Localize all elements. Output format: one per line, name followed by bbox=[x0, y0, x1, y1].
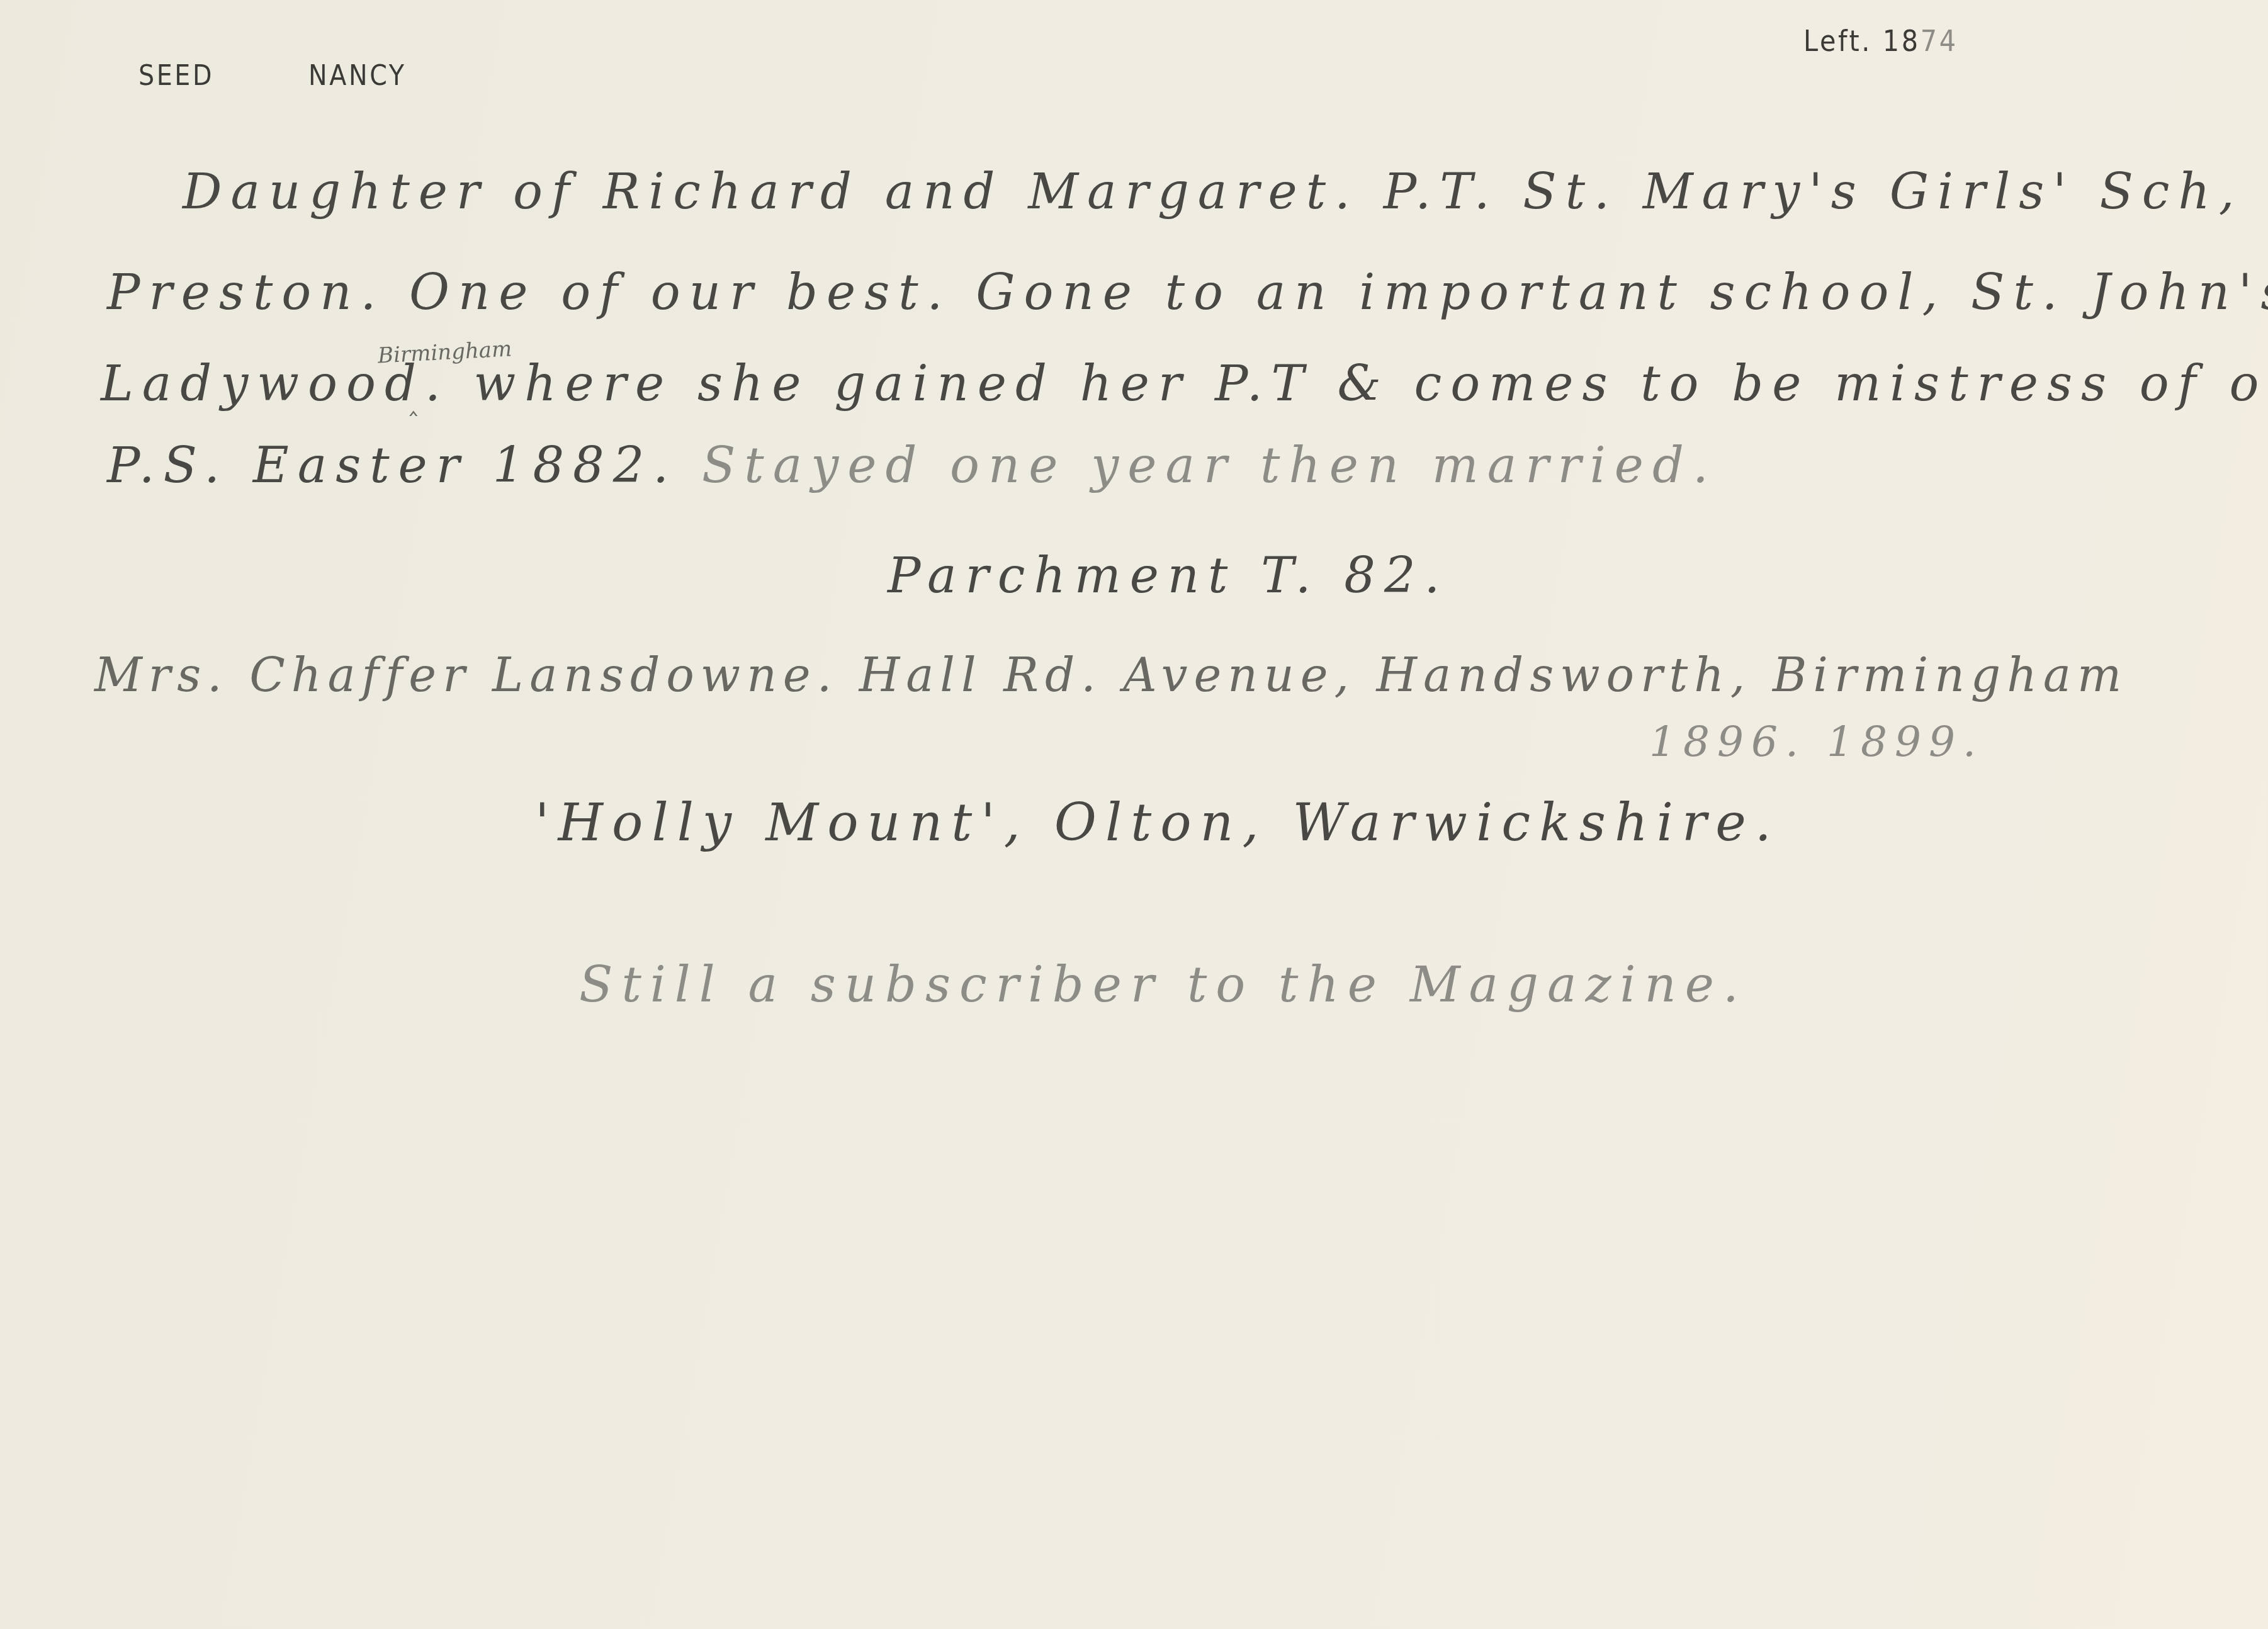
paragraph-line-4: P.S. Easter 1882. Stayed one year then m… bbox=[107, 437, 1717, 494]
paragraph-line-1: Daughter of Richard and Margaret. P.T. S… bbox=[183, 164, 2243, 220]
certificate-note: Parchment T. 82. bbox=[888, 548, 1448, 604]
paragraph-line-3b: where she gained her P.T & comes to be m… bbox=[474, 356, 2268, 412]
paragraph-line-4a: P.S. Easter 1882. bbox=[107, 437, 677, 494]
paragraph-line-3a: Ladywood. bbox=[101, 356, 449, 412]
left-year-suffix: 74 bbox=[1921, 24, 1958, 58]
record-card: SEED NANCY Left. 1874 Daughter of Richar… bbox=[0, 0, 2268, 1629]
left-label: Left. bbox=[1803, 24, 1872, 58]
left-year-prefix: 18 bbox=[1883, 24, 1921, 58]
paragraph-line-4b: Stayed one year then married. bbox=[702, 437, 1717, 494]
paragraph-line-2: Preston. One of our best. Gone to an imp… bbox=[107, 264, 2268, 321]
surname: SEED bbox=[138, 60, 214, 92]
address-2: 'Holly Mount', Olton, Warwickshire. bbox=[535, 793, 1780, 853]
address-1-years: 1896. 1899. bbox=[1649, 718, 1983, 766]
address-1: Mrs. Chaffer Lansdowne. Hall Rd. Avenue,… bbox=[94, 648, 2128, 702]
subscriber-note: Still a subscriber to the Magazine. bbox=[579, 957, 1747, 1013]
paragraph-line-3: Ladywood. where she gained her P.T & com… bbox=[101, 356, 2268, 412]
left-date: Left. 1874 bbox=[1803, 24, 1958, 58]
forename: NANCY bbox=[308, 60, 406, 92]
